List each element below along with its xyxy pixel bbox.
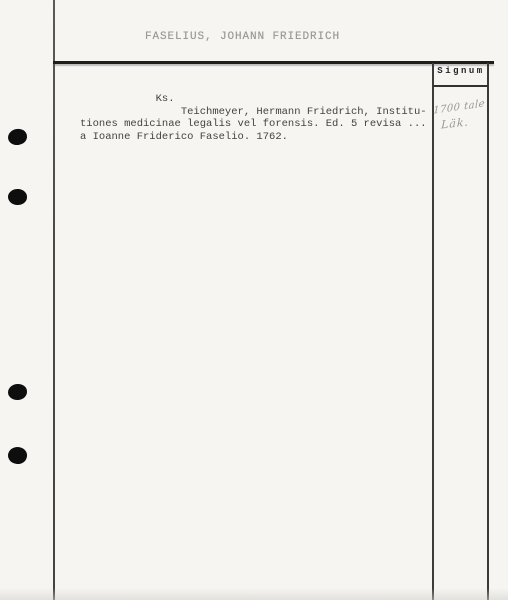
signum-handwriting-line-2: Läk. (441, 115, 469, 131)
catalog-entry: Ks. Teichmeyer, Hermann Friedrich, Insti… (80, 93, 427, 144)
signum-column-left-line (432, 63, 434, 600)
catalog-entry-line: Teichmeyer, Hermann Friedrich, Institu- (80, 106, 427, 119)
catalog-card-scan: FASELIUS, JOHANN FRIEDRICH Signum 1700 t… (0, 0, 508, 600)
catalog-entry-line: Ks. (80, 93, 427, 106)
signum-column-label: Signum (433, 66, 487, 76)
header-rule (53, 61, 494, 64)
left-margin-line (53, 0, 55, 600)
scan-edge-shadow (0, 588, 508, 600)
punch-hole (7, 446, 28, 465)
catalog-entry-line: tiones medicinae legalis vel forensis. E… (80, 118, 427, 131)
signum-handwriting-line-1: 1700 tale (433, 98, 485, 116)
card-heading: FASELIUS, JOHANN FRIEDRICH (145, 31, 340, 43)
signum-column-right-line (487, 63, 489, 600)
catalog-entry-line: a Ioanne Friderico Faselio. 1762. (80, 131, 427, 144)
punch-hole (7, 383, 27, 400)
signum-box-bottom-line (433, 85, 488, 87)
punch-hole (7, 128, 28, 146)
punch-hole (7, 188, 27, 205)
